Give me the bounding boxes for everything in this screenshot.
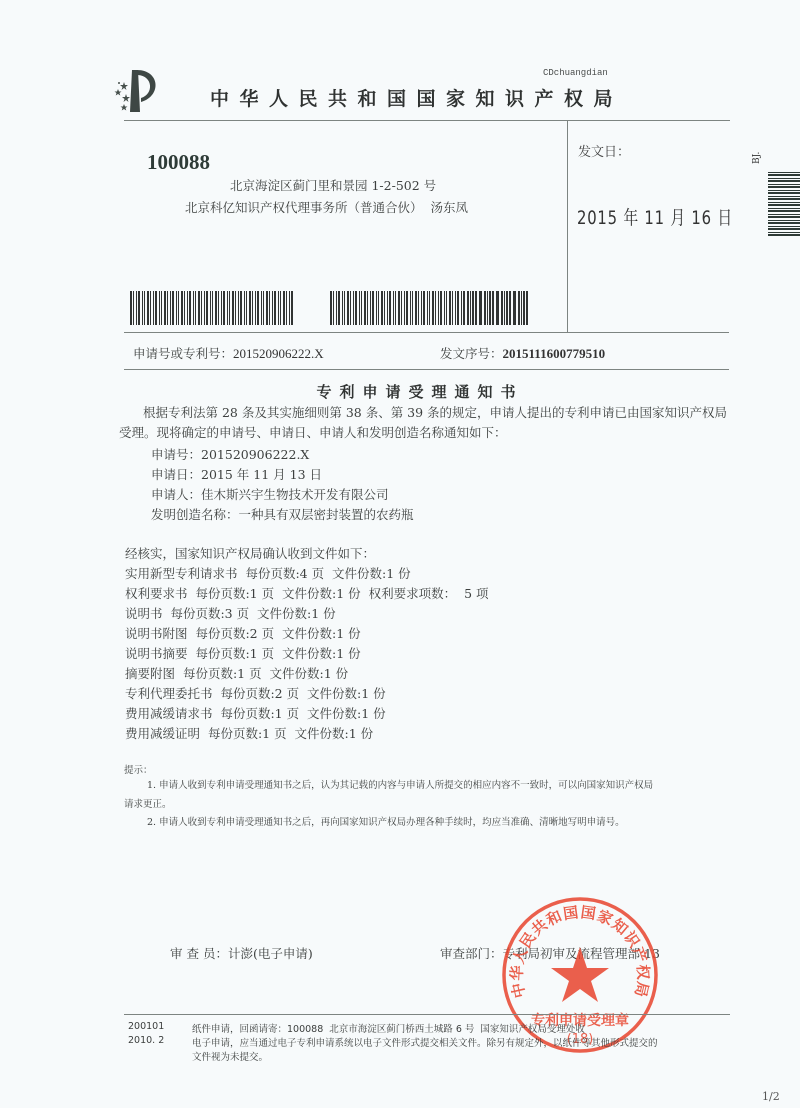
notice-intro-line1: 根据专利法第 28 条及其实施细则第 38 条、第 39 条的规定，申请人提出的…: [143, 403, 727, 423]
examiner-label: 审 查 员：: [170, 946, 228, 961]
field-label: 发明创造名称：: [151, 507, 239, 522]
tips-heading: 提示：: [124, 762, 153, 776]
examiner: 审 查 员：计澎(电子申请): [170, 944, 313, 964]
field-value: 佳木斯兴宇生物技术开发有限公司: [201, 487, 389, 502]
received-file-item: 专利代理委托书 每份页数:2 页 文件份数:1 份: [125, 684, 489, 704]
office-title: 中华人民共和国国家知识产权局: [210, 84, 623, 111]
header-divider: [124, 120, 730, 121]
footer-line-2: 电子申请，应当通过电子专利申请系统以电子文件形式提交相关文件。除另有规定外，以纸…: [192, 1035, 658, 1049]
department-label: 审查部门：: [440, 946, 503, 961]
side-barcode-label: BJ.: [752, 152, 762, 164]
serial-number: 发文序号：2015111600779510: [440, 343, 605, 362]
received-file-item: 费用减缓请求书 每份页数:1 页 文件份数:1 份: [125, 704, 489, 724]
footer-code-1: 200101: [128, 1021, 164, 1032]
barcode-right: [330, 291, 530, 325]
field-invention-title: 发明创造名称：一种具有双层密封装置的农药瓶: [151, 505, 414, 525]
received-list: 实用新型专利请求书 每份页数:4 页 文件份数:1 份权利要求书 每份页数:1 …: [125, 564, 489, 744]
received-file-item: 实用新型专利请求书 每份页数:4 页 文件份数:1 份: [125, 564, 489, 584]
tip-1-line1: 1. 申请人收到专利申请受理通知书之后，认为其记载的内容与申请人所提交的相应内容…: [147, 778, 653, 794]
field-value: 一种具有双层密封装置的农药瓶: [239, 507, 414, 522]
footer-line-3: 文件视为未提交。: [192, 1049, 268, 1063]
tip-1-line2: 请求更正。: [124, 797, 172, 813]
field-application-number: 申请号：201520906222.X: [151, 445, 414, 465]
notice-title: 专利申请受理通知书: [0, 381, 800, 402]
received-file-item: 说明书附图 每份页数:2 页 文件份数:1 份: [125, 624, 489, 644]
page-number: 1/2: [762, 1090, 780, 1103]
received-file-item: 摘要附图 每份页数:1 页 文件份数:1 份: [125, 664, 489, 684]
tip-2: 2. 申请人收到专利申请受理通知书之后，再向国家知识产权局办理各种手续时，均应当…: [147, 815, 625, 831]
barcode-left: [130, 291, 295, 325]
field-application-date: 申请日：2015 年 11 月 13 日: [151, 465, 414, 485]
field-value: 201520906222.X: [201, 447, 309, 462]
notice-fields: 申请号：201520906222.X 申请日：2015 年 11 月 13 日 …: [151, 445, 414, 525]
application-number: 申请号或专利号：201520906222.X: [133, 343, 324, 362]
received-files: 经核实，国家知识产权局确认收到文件如下： 实用新型专利请求书 每份页数:4 页 …: [125, 544, 489, 744]
field-label: 申请号：: [151, 447, 201, 462]
application-number-label: 申请号或专利号：: [133, 346, 233, 361]
recipient-agency: 北京科亿知识产权代理事务所（普通合伙） 汤东凤: [185, 198, 468, 216]
field-label: 申请日：: [151, 467, 201, 482]
footer-divider: [124, 1014, 730, 1015]
received-file-item: 说明书摘要 每份页数:1 页 文件份数:1 份: [125, 644, 489, 664]
examiner-value: 计澎(电子申请): [228, 946, 313, 961]
watermark-code: CDchuangdian: [543, 68, 608, 78]
numbers-bottom-divider: [124, 369, 729, 370]
field-label: 申请人：: [151, 487, 201, 502]
notice-intro-line2: 受理。现将确定的申请号、申请日、申请人和发明创造名称通知如下：: [119, 423, 507, 443]
application-number-value: 201520906222.X: [233, 346, 324, 361]
field-applicant: 申请人：佳木斯兴宇生物技术开发有限公司: [151, 485, 414, 505]
field-value: 2015 年 11 月 13 日: [201, 467, 322, 482]
serial-number-value: 2015111600779510: [503, 346, 606, 361]
received-file-item: 说明书 每份页数:3 页 文件份数:1 份: [125, 604, 489, 624]
cnipa-logo-icon: [110, 66, 170, 116]
dispatch-date-label: 发文日：: [578, 141, 630, 160]
footer-code-2: 2010. 2: [128, 1035, 164, 1046]
footer-line-1: 纸件申请，回函请寄：100088 北京市海淀区蓟门桥西土城路 6 号 国家知识产…: [192, 1021, 585, 1035]
recipient-address: 北京海淀区蓟门里和景园 1-2-502 号: [230, 176, 436, 194]
postcode: 100088: [147, 150, 210, 175]
header-vertical-divider: [567, 120, 568, 332]
received-file-item: 权利要求书 每份页数:1 页 文件份数:1 份 权利要求项数： 5 项: [125, 584, 489, 604]
dispatch-date: 2015 年 11 月 16 日: [577, 203, 733, 230]
numbers-top-divider: [124, 332, 729, 333]
serial-number-label: 发文序号：: [440, 346, 503, 361]
received-heading: 经核实，国家知识产权局确认收到文件如下：: [125, 544, 489, 564]
received-file-item: 费用减缓证明 每份页数:1 页 文件份数:1 份: [125, 724, 489, 744]
side-barcode: [768, 172, 800, 238]
